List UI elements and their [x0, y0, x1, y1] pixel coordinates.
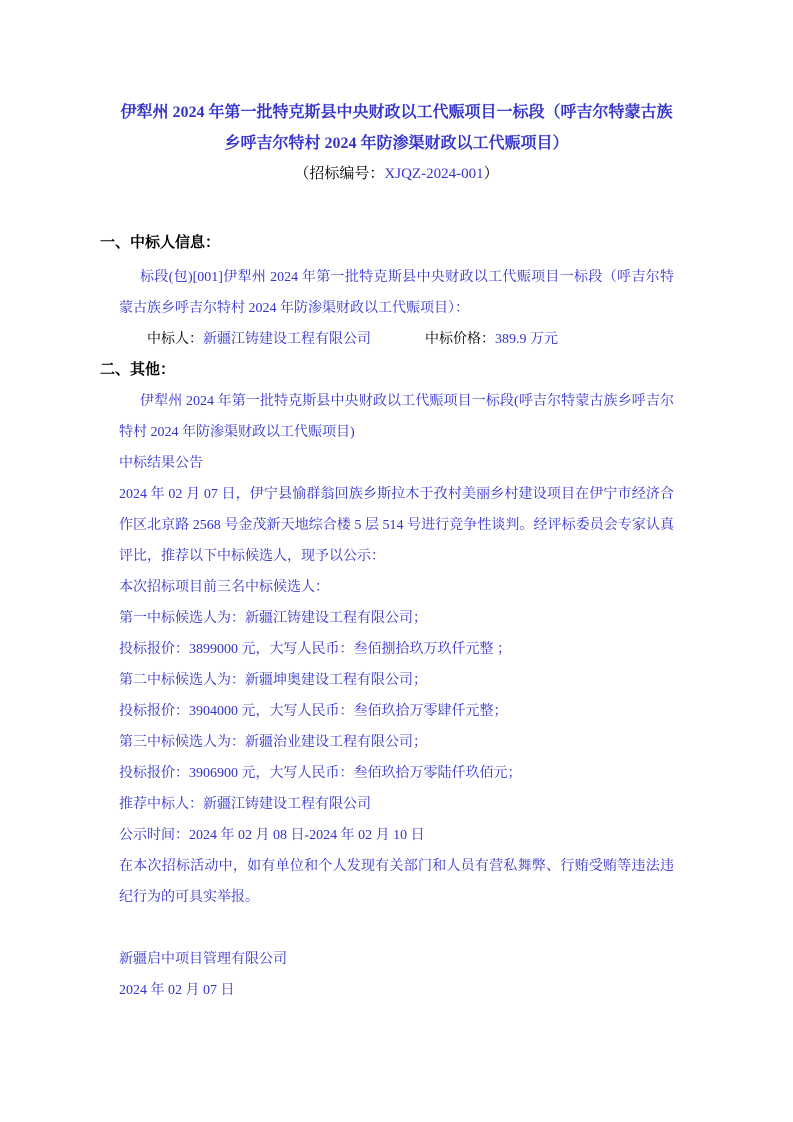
tender-number-suffix: ） [484, 166, 499, 182]
document-title-line-2: 乡呼吉尔特村 2024 年防渗渠财政以工代赈项目） [119, 128, 674, 159]
signature-agency: 新疆启中项目管理有限公司 [119, 944, 674, 975]
candidate-3: 第三中标候选人为：新疆治业建设工程有限公司； [119, 727, 674, 758]
bid-price-2: 投标报价：3904000 元，大写人民币：叁佰玖拾万零肆仟元整； [119, 696, 674, 727]
result-announcement-label: 中标结果公告 [119, 448, 674, 479]
section2-project-title: 伊犁州 2024 年第一批特克斯县中央财政以工代赈项目一标段(呼吉尔特蒙古族乡呼… [119, 386, 674, 448]
section1-package-paragraph: 标段(包)[001]伊犁州 2024 年第一批特克斯县中央财政以工代赈项目一标段… [119, 262, 674, 324]
evaluation-paragraph: 2024 年 02 月 07 日，伊宁县愉群翁回族乡斯拉木于孜村美丽乡村建设项目… [119, 479, 674, 572]
bid-price-3: 投标报价：3906900 元，大写人民币：叁佰玖拾万零陆仟玖佰元； [119, 758, 674, 789]
section2-heading: 二、其他： [100, 355, 674, 386]
winner-label: 中标人： [147, 332, 203, 347]
announcement-page: 伊犁州 2024 年第一批特克斯县中央财政以工代赈项目一标段（呼吉尔特蒙古族 乡… [0, 0, 793, 1122]
publicity-period: 公示时间：2024 年 02 月 08 日-2024 年 02 月 10 日 [119, 820, 674, 851]
signature-date: 2024 年 02 月 07 日 [119, 975, 674, 1006]
tender-number-value: XJQZ-2024-001 [384, 166, 483, 182]
price-label: 中标价格： [425, 332, 495, 347]
bid-price-1: 投标报价：3899000 元，大写人民币：叁佰捌拾玖万玖仟元整 ； [119, 634, 674, 665]
report-notice: 在本次招标活动中，如有单位和个人发现有关部门和人员有营私舞弊、行贿受贿等违法违纪… [119, 851, 674, 913]
recommended-winner: 推荐中标人：新疆江铸建设工程有限公司 [119, 789, 674, 820]
tender-number-line: （招标编号：XJQZ-2024-001） [119, 159, 674, 190]
tender-number-prefix: （招标编号： [294, 166, 384, 182]
candidates-intro: 本次招标项目前三名中标候选人： [119, 572, 674, 603]
winner-value: 新疆江铸建设工程有限公司 [203, 332, 371, 347]
candidate-1: 第一中标候选人为：新疆江铸建设工程有限公司； [119, 603, 674, 634]
winner-line: 中标人：新疆江铸建设工程有限公司中标价格：389.9 万元 [119, 324, 674, 355]
price-value: 389.9 万元 [495, 332, 558, 347]
document-title: 伊犁州 2024 年第一批特克斯县中央财政以工代赈项目一标段（呼吉尔特蒙古族 乡… [119, 97, 674, 159]
document-title-line-1: 伊犁州 2024 年第一批特克斯县中央财政以工代赈项目一标段（呼吉尔特蒙古族 [119, 97, 674, 128]
candidate-2: 第二中标候选人为：新疆坤奥建设工程有限公司； [119, 665, 674, 696]
section1-heading: 一、中标人信息： [100, 228, 674, 259]
